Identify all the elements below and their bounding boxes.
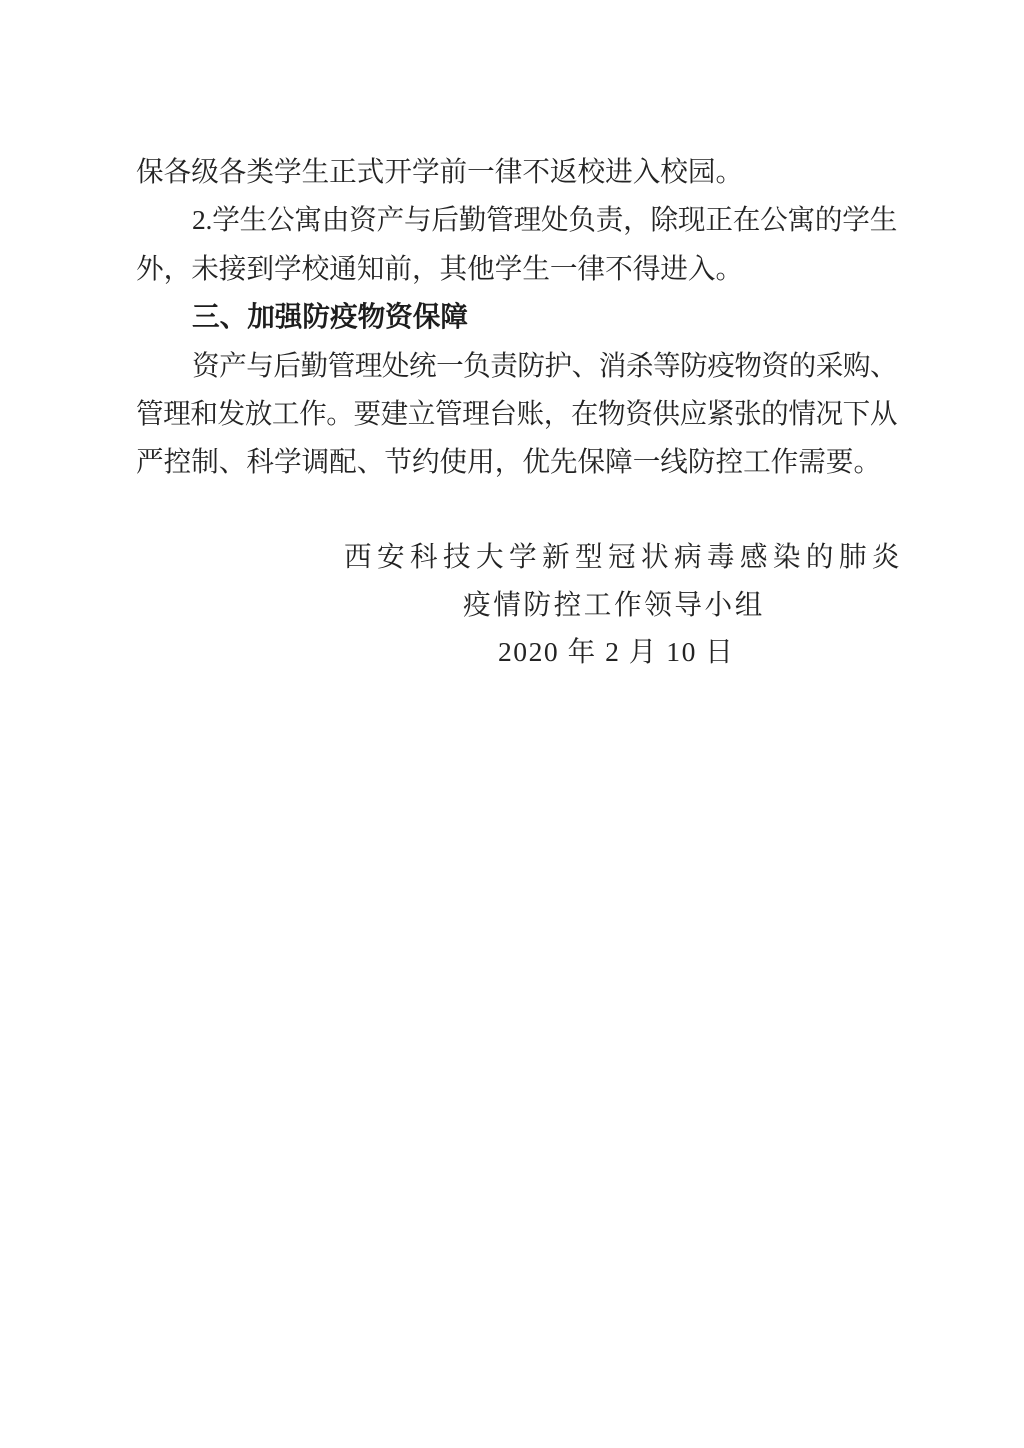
- signature-block: 西安科技大学新型冠状病毒感染的肺炎 疫情防控工作领导小组 2020 年 2 月 …: [136, 533, 897, 676]
- document-body: 保各级各类学生正式开学前一律不返校进入校园。 2.学生公寓由资产与后勤管理处负责…: [136, 148, 897, 487]
- signature-org-line-2: 疫情防控工作领导小组: [463, 581, 897, 629]
- body-line-para-cont-1: 管理和发放工作。要建立管理台账，在物资供应紧张的情况下从: [136, 390, 897, 438]
- body-line-continuation: 保各级各类学生正式开学前一律不返校进入校园。: [136, 148, 897, 196]
- signature-date: 2020 年 2 月 10 日: [498, 628, 897, 676]
- body-line-item-2-cont: 外，未接到学校通知前，其他学生一律不得进入。: [136, 245, 897, 293]
- body-line-para: 资产与后勤管理处统一负责防护、消杀等防疫物资的采购、: [136, 342, 897, 390]
- document-page: 保各级各类学生正式开学前一律不返校进入校园。 2.学生公寓由资产与后勤管理处负责…: [0, 0, 1024, 1448]
- body-line-item-2: 2.学生公寓由资产与后勤管理处负责，除现正在公寓的学生: [136, 196, 897, 244]
- body-line-para-cont-2: 严控制、科学调配、节约使用，优先保障一线防控工作需要。: [136, 438, 897, 486]
- section-heading-3: 三、加强防疫物资保障: [136, 293, 897, 341]
- signature-org-line-1: 西安科技大学新型冠状病毒感染的肺炎: [344, 533, 897, 581]
